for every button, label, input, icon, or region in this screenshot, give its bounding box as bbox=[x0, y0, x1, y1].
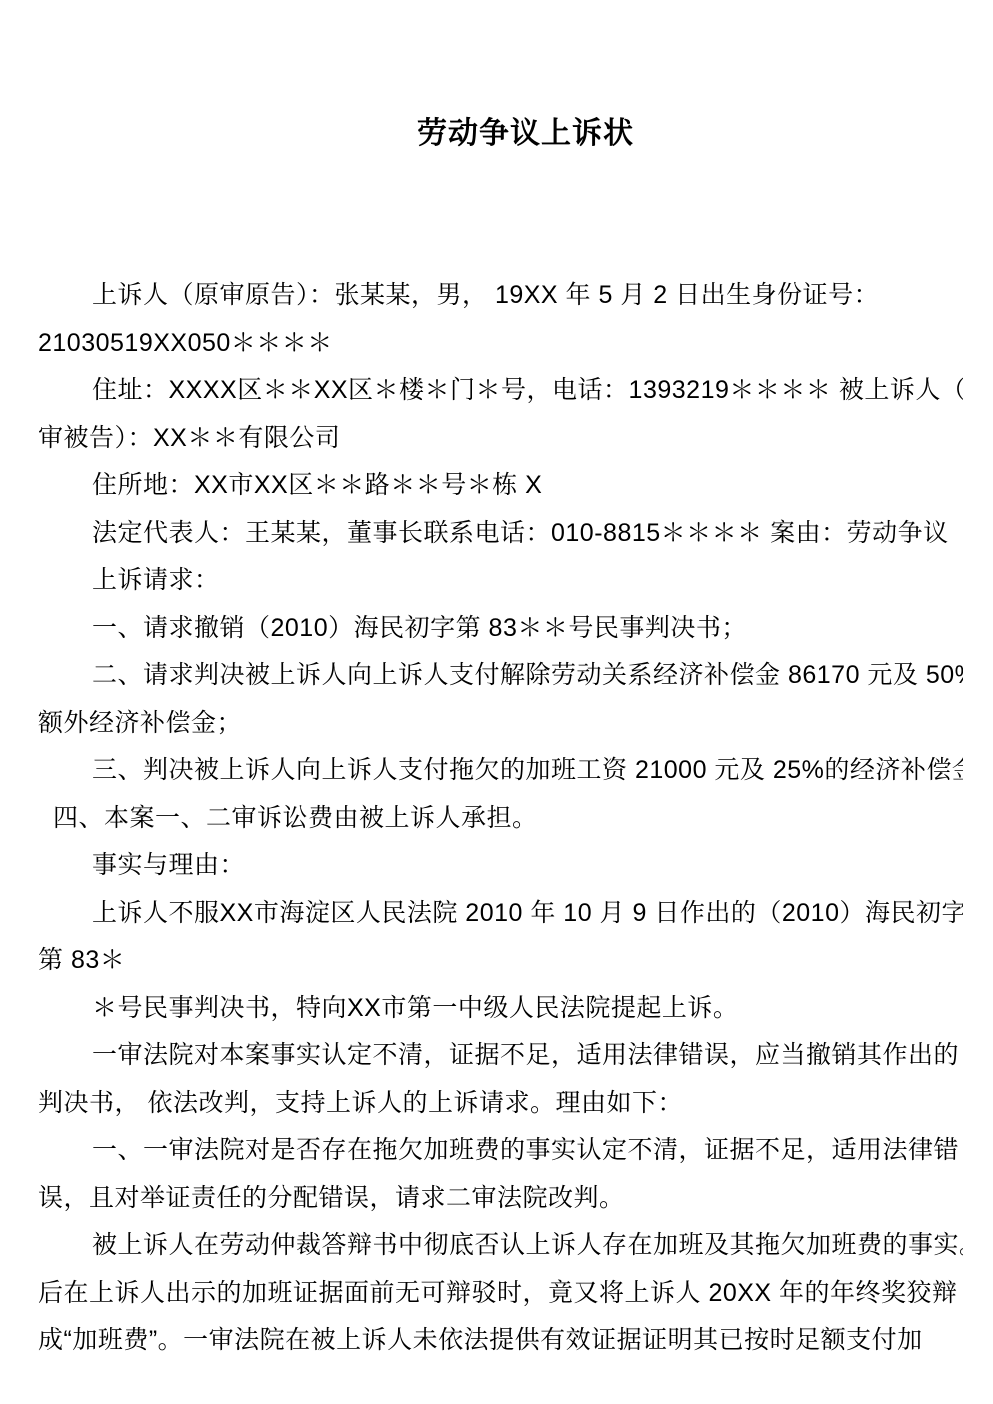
document-line: 21030519XX050＊＊＊＊ bbox=[38, 320, 963, 368]
document-line: 上诉人不服XX市海淀区人民法院 2010 年 10 月 9 日作出的（2010）… bbox=[38, 890, 963, 938]
document-line: 上诉人（原审原告）：张某某，男， 19XX 年 5 月 2 日出生身份证号： bbox=[38, 272, 963, 320]
document-line: ＊号民事判决书，特向XX市第一中级人民法院提起上诉。 bbox=[38, 985, 963, 1033]
document-line: 额外经济补偿金； bbox=[38, 700, 963, 748]
document-line: 四、本案一、二审诉讼费由被上诉人承担。 bbox=[38, 795, 963, 843]
document-line: 误，且对举证责任的分配错误，请求二审法院改判。 bbox=[38, 1175, 963, 1223]
document-line: 一、请求撤销（2010）海民初字第 83＊＊号民事判决书； bbox=[38, 605, 963, 653]
document-line: 一审法院对本案事实认定不清，证据不足，适用法律错误，应当撤销其作出的 bbox=[38, 1032, 963, 1080]
document-line: 二、请求判决被上诉人向上诉人支付解除劳动关系经济补偿金 86170 元及 50% bbox=[38, 652, 963, 700]
document-line: 事实与理由： bbox=[38, 842, 963, 890]
document-line: 第 83＊ bbox=[38, 937, 963, 985]
document-line: 后在上诉人出示的加班证据面前无可辩驳时，竟又将上诉人 20XX 年的年终奖狡辩 bbox=[38, 1270, 963, 1318]
document-line: 判决书， 依法改判，支持上诉人的上诉请求。理由如下： bbox=[38, 1080, 963, 1128]
document-title: 劳动争议上诉状 bbox=[0, 114, 993, 154]
document-page: 劳动争议上诉状 上诉人（原审原告）：张某某，男， 19XX 年 5 月 2 日出… bbox=[0, 0, 993, 1404]
document-line: 一、一审法院对是否存在拖欠加班费的事实认定不清，证据不足，适用法律错 bbox=[38, 1127, 963, 1175]
document-line: 法定代表人：王某某，董事长联系电话：010-8815＊＊＊＊ 案由：劳动争议 bbox=[38, 510, 963, 558]
document-body: 上诉人（原审原告）：张某某，男， 19XX 年 5 月 2 日出生身份证号： 2… bbox=[0, 272, 993, 1365]
document-line: 审被告）：XX＊＊有限公司 bbox=[38, 415, 963, 463]
document-line: 三、判决被上诉人向上诉人支付拖欠的加班工资 21000 元及 25%的经济补偿金… bbox=[38, 747, 963, 795]
document-line: 住所地：XX市XX区＊＊路＊＊号＊栋 X bbox=[38, 462, 963, 510]
document-line: 上诉请求： bbox=[38, 557, 963, 605]
document-line: 被上诉人在劳动仲裁答辩书中彻底否认上诉人存在加班及其拖欠加班费的事实。 bbox=[38, 1222, 963, 1270]
document-line: 成“加班费”。一审法院在被上诉人未依法提供有效证据证明其已按时足额支付加 bbox=[38, 1317, 963, 1365]
document-line: 住址：XXXX区＊＊XX区＊楼＊门＊号，电话：1393219＊＊＊＊ 被上诉人（… bbox=[38, 367, 963, 415]
